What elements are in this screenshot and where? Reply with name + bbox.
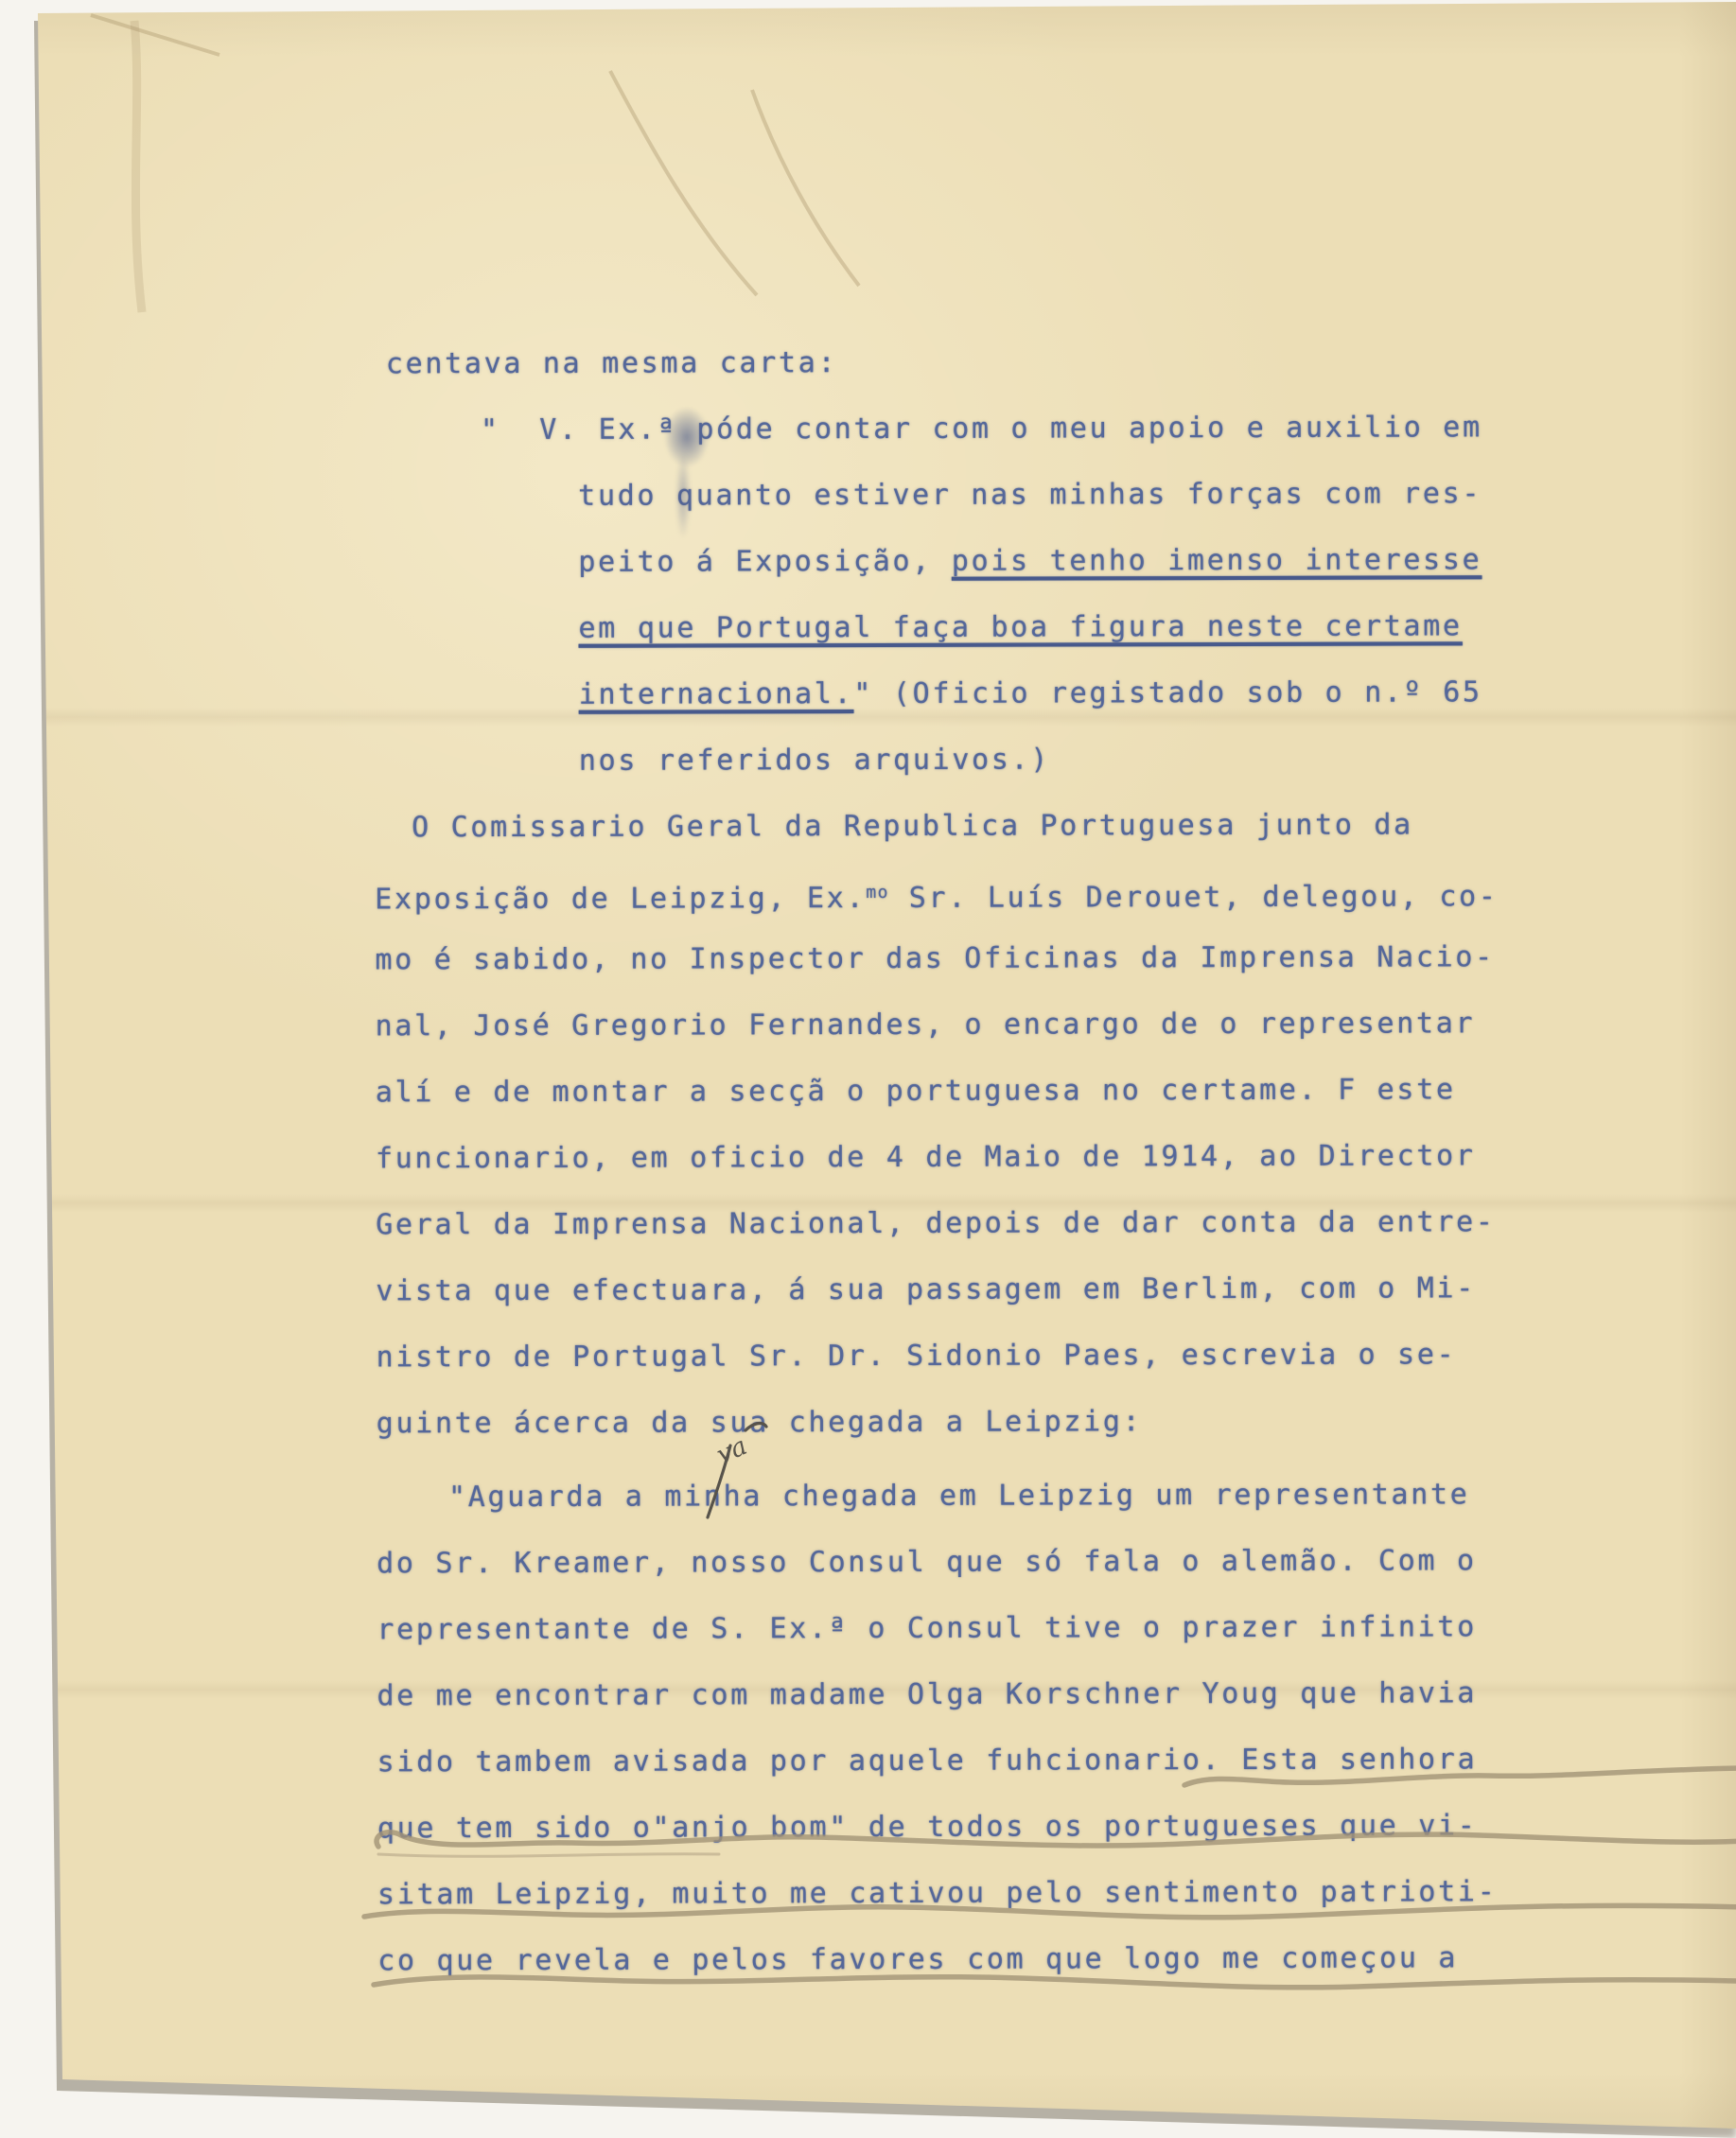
typed-segment: a minha chegada em Leipzig um representa…: [605, 1478, 1470, 1513]
typed-segment-underlined: pois tenho imenso interesse: [952, 543, 1482, 577]
typed-line: mo é sabido, no Inspector das Oficinas d…: [0, 924, 1736, 995]
typed-segment: " (Oficio registado sob o n.º 65: [853, 675, 1482, 710]
typed-line: peito á Exposição, pois tenho imenso int…: [0, 527, 1734, 598]
typed-line: que tem sido o"anjo bom" de todos os por…: [2, 1793, 1736, 1864]
typed-line: em que Portugal faça boa figura neste ce…: [0, 593, 1735, 664]
paper-crease: [610, 71, 757, 295]
typed-segment-underlined: internacional.: [579, 677, 854, 711]
typed-line: nistro de Portugal Sr. Dr. Sidonio Paes,…: [0, 1322, 1736, 1393]
ink-blot-smear: [675, 452, 691, 539]
typed-line: alí e de montar a secçã o portuguesa no …: [0, 1057, 1736, 1128]
typed-line: " V. Ex.ª póde contar com o meu apoio e …: [0, 394, 1734, 465]
typed-segment: Exposição de Leipzig, Ex.: [375, 882, 866, 916]
typed-segment: "Aguarda: [448, 1481, 605, 1514]
typed-line: centava na mesma carta:: [0, 328, 1734, 399]
typed-line: O Comissario Geral da Republica Portugue…: [0, 792, 1735, 863]
paper-crease: [752, 90, 859, 286]
typed-line: de me encontrar com madame Olga Korschne…: [1, 1660, 1736, 1731]
typed-superscript: mo: [866, 883, 889, 903]
typed-line: representante de S. Ex.ª o Consul tive o…: [1, 1594, 1736, 1665]
letter-page: centava na mesma carta: " V. Ex.ª póde c…: [0, 0, 1736, 2138]
typed-line: "Aguarda a minha chegada em Leipzig um r…: [1, 1462, 1736, 1533]
typed-line: nal, José Gregorio Fernandes, o encargo …: [0, 990, 1736, 1061]
corner-fold-line: [91, 15, 219, 55]
paper-stain: [134, 21, 142, 312]
typed-line: tudo quanto estiver nas minhas forças co…: [0, 461, 1734, 532]
typed-line: sido tambem avisada por aquele fuhcionar…: [2, 1726, 1736, 1797]
typed-line: guinte ácerca da sua chegada a Leipzig:: [1, 1388, 1736, 1459]
typed-line: nos referidos arquivos.): [0, 726, 1735, 797]
typed-segment-underlined: em que Portugal faça boa figura neste ce…: [578, 609, 1462, 644]
typed-text-block: centava na mesma carta: " V. Ex.ª póde c…: [0, 328, 1736, 1996]
typed-line: vista que efectuara, á sua passagem em B…: [0, 1255, 1736, 1326]
typed-line: Exposição de Leipzig, Ex.mo Sr. Luís Der…: [0, 858, 1735, 929]
typed-segment: peito á Exposição,: [578, 545, 952, 579]
typed-line: co que revela e pelos favores com que lo…: [2, 1925, 1736, 1996]
typed-line: Geral da Imprensa Nacional, depois de da…: [0, 1189, 1736, 1260]
typed-line: internacional." (Oficio registado sob o …: [0, 659, 1735, 730]
typed-segment: Sr. Luís Derouet, delegou, co-: [889, 880, 1499, 915]
typed-line: do Sr. Kreamer, nosso Consul que só fala…: [1, 1528, 1736, 1599]
typed-line: funcionario, em oficio de 4 de Maio de 1…: [0, 1123, 1736, 1194]
typed-line: sitam Leipzig, muito me cativou pelo sen…: [2, 1859, 1736, 1930]
